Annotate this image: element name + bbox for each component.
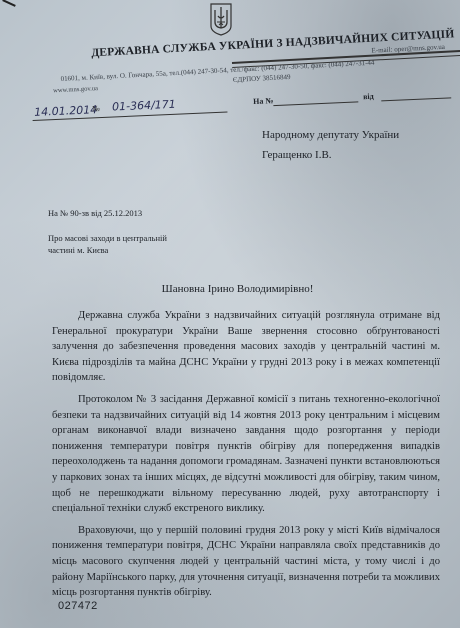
in-reply-blank	[273, 101, 358, 106]
recipient-title: Народному депутату України	[262, 125, 399, 145]
paragraph: Протоколом № 3 засідання Державної коміс…	[52, 392, 440, 517]
website: www.mns.gov.ua	[53, 85, 98, 94]
paragraph: Державна служба України з надзвичайних с…	[52, 308, 440, 386]
letterhead: ДЕРЖАВНА СЛУЖБА УКРАЇНИ З НАДЗВИЧАЙНИХ С…	[40, 9, 439, 30]
letter-body: Державна служба України з надзвичайних с…	[52, 308, 440, 607]
pen-mark	[2, 0, 16, 7]
edrpou-code: ЄДРПОУ 38516849	[233, 73, 291, 84]
from-label: від	[363, 92, 374, 101]
in-reply-line: На № від	[253, 88, 460, 97]
from-blank	[381, 97, 451, 101]
salutation: Шановна Ірино Володимирівно!	[0, 283, 460, 295]
subject: Про масові заходи в центральній частині …	[48, 232, 167, 256]
reference: На № 90-зв від 25.12.2013	[48, 208, 142, 218]
registration-number: 01-364/171	[112, 98, 176, 114]
number-label: №	[92, 104, 100, 113]
in-reply-label: На №	[253, 96, 274, 106]
recipient: Народному депутату України Геращенко І.В…	[262, 125, 399, 165]
subject-line-1: Про масові заходи в центральній	[48, 232, 167, 244]
form-number: 027472	[58, 600, 98, 612]
paragraph: Враховуючи, що у першій половині грудня …	[52, 523, 440, 601]
trident-emblem-icon	[209, 2, 233, 36]
address-phones: 01601, м. Київ, вул. О. Гончара, 55а, те…	[60, 59, 374, 83]
registration-date: 14.01.2014	[34, 103, 97, 119]
recipient-name: Геращенко І.В.	[262, 145, 399, 165]
registration-line: 14.01.2014 № 01-364/171	[32, 97, 227, 120]
subject-line-2: частині м. Києва	[48, 244, 167, 256]
